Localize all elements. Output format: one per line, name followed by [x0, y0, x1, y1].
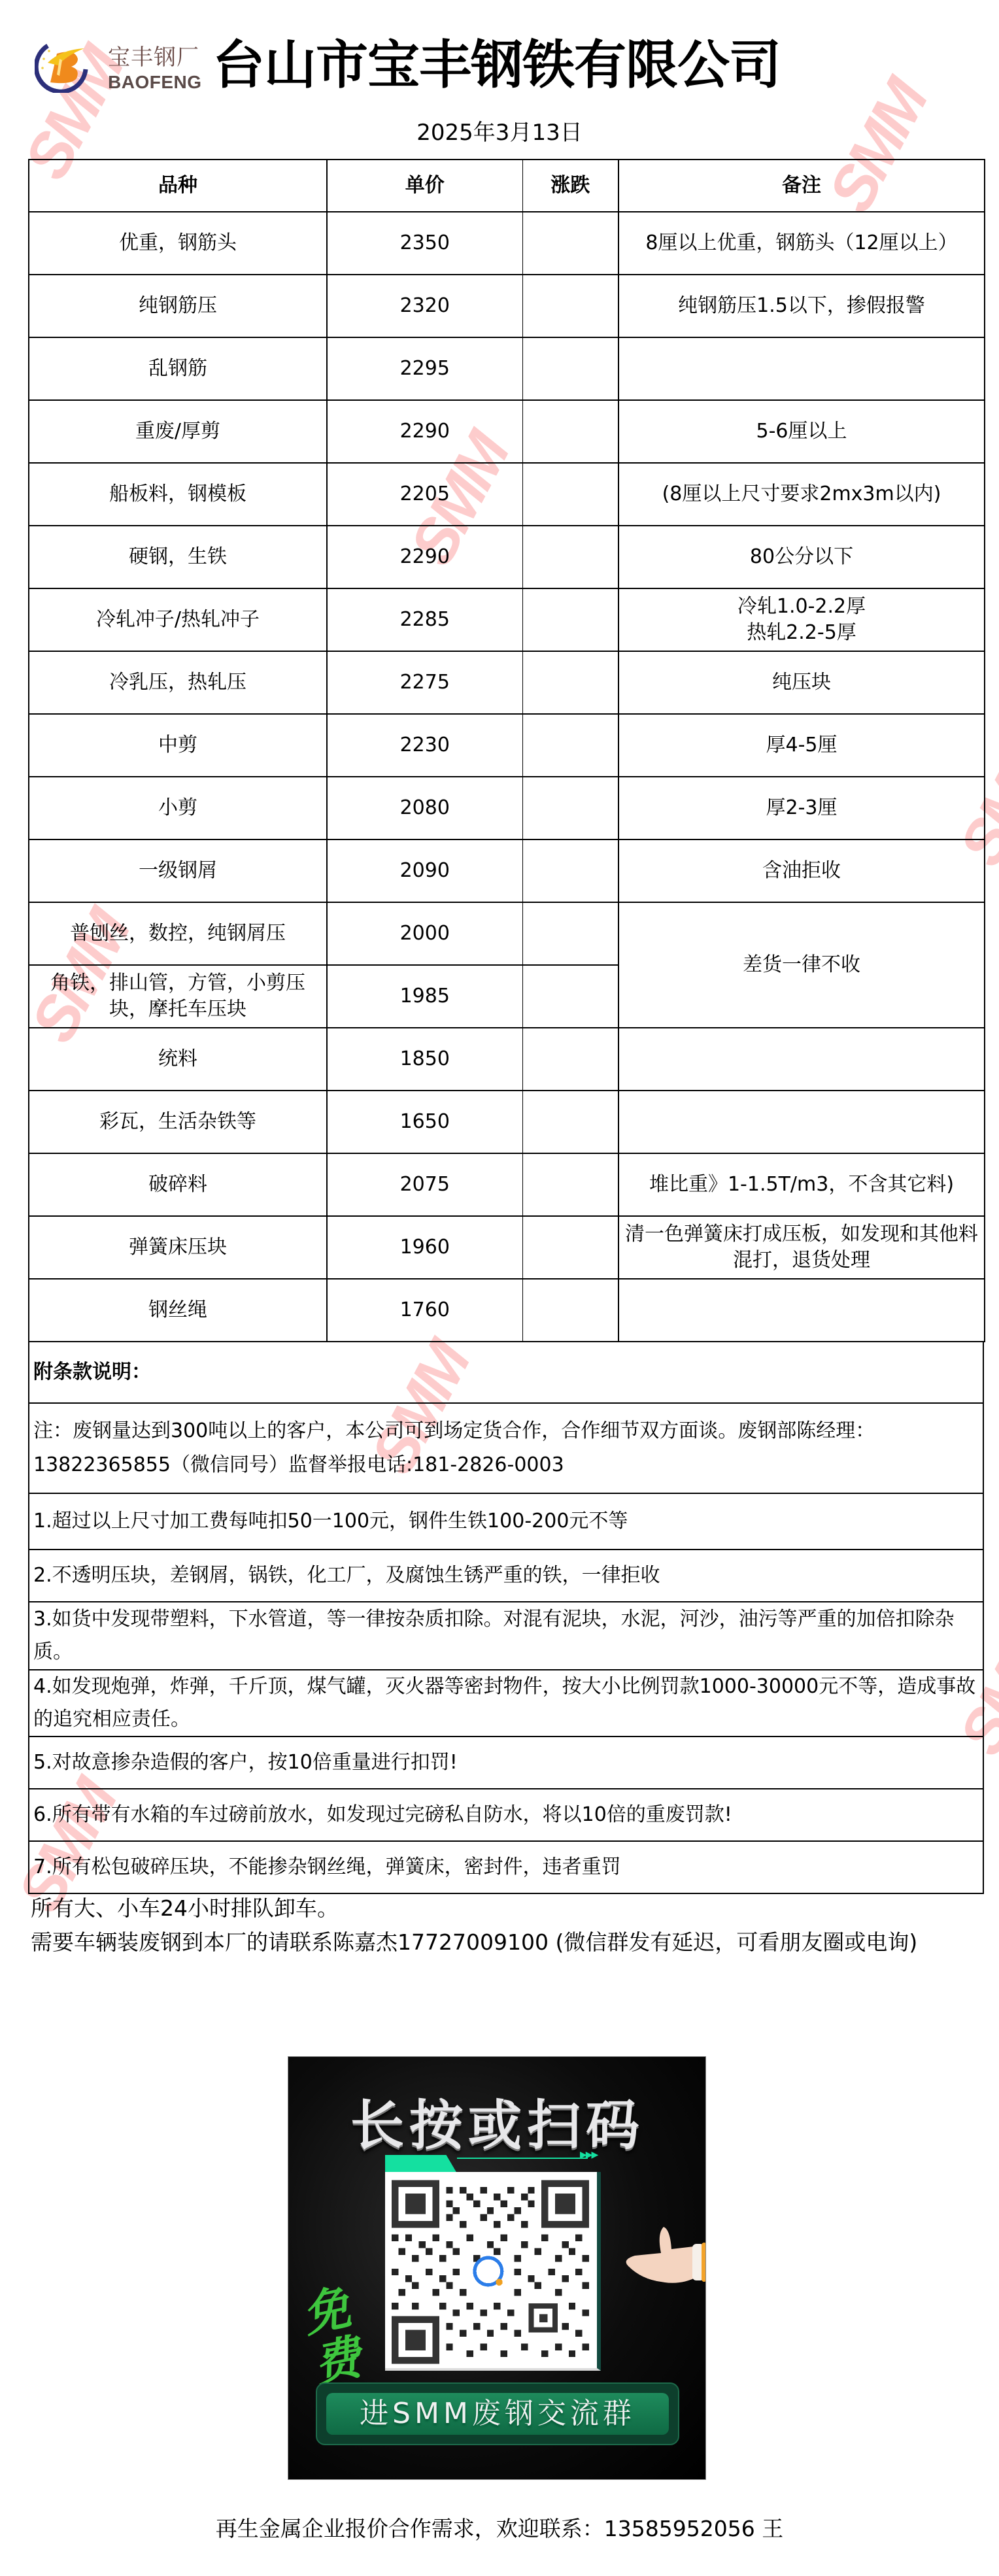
table-row: 船板料，钢模板 2205 (8厘以上尺寸要求2mx3m以内)	[29, 463, 985, 526]
vehicle-contact-notice: 需要车辆装废钢到本厂的请联系陈嘉杰17727009100 (微信群发有延迟，可看…	[31, 1925, 972, 1959]
table-row: 弹簧床压块 1960 清一色弹簧床打成压板，如发现和其他料混打，退货处理	[29, 1216, 985, 1279]
join-group-banner[interactable]: 进SMM废钢交流群	[316, 2382, 679, 2445]
price-cell: 2080	[327, 777, 522, 839]
change-cell	[522, 588, 618, 651]
remark-line: 热轧2.2-5厚	[622, 620, 981, 646]
remark-line: 冷轧1.0-2.2厚	[622, 594, 981, 620]
variety-cell: 优重，钢筋头	[29, 212, 327, 275]
remark-cell: 堆比重》1-1.5T/m3，不含其它料)	[618, 1153, 985, 1216]
notes-item: 2.不透明压块，差钢屑，锅铁，化工厂，及腐蚀生锈严重的铁，一律拒收	[29, 1550, 983, 1602]
qr-card-tab	[385, 2155, 457, 2173]
report-date: 2025年3月13日	[0, 118, 999, 148]
table-row: 优重，钢筋头 2350 8厘以上优重，钢筋头（12厘以上）	[29, 212, 985, 275]
price-cell: 1650	[327, 1091, 522, 1153]
change-cell	[522, 337, 618, 400]
price-cell: 1760	[327, 1279, 522, 1342]
variety-cell: 重废/厚剪	[29, 400, 327, 463]
variety-cell: 角铁，排山管，方管，小剪压块，摩托车压块	[29, 965, 327, 1028]
join-group-banner-label: 进SMM废钢交流群	[326, 2393, 669, 2435]
table-row: 纯钢筋压 2320 纯钢筋压1.5以下，掺假报警	[29, 275, 985, 337]
notes-item-row: 6.所有带有水箱的车过磅前放水，如发现过完磅私自防水，将以10倍的重废罚款!	[29, 1789, 983, 1841]
remark-cell: 纯钢筋压1.5以下，掺假报警	[618, 275, 985, 337]
remark-cell: 厚2-3厘	[618, 777, 985, 839]
company-title: 台山市宝丰钢铁有限公司	[212, 33, 827, 98]
column-header-change: 涨跌	[522, 160, 618, 212]
variety-cell: 普刨丝，数控，纯钢屑压	[29, 902, 327, 965]
table-row: 中剪 2230 厚4-5厘	[29, 714, 985, 777]
variety-cell: 中剪	[29, 714, 327, 777]
remark-cell	[618, 1028, 985, 1091]
change-cell	[522, 777, 618, 839]
price-cell: 1985	[327, 965, 522, 1028]
variety-cell: 冷乳压，热轧压	[29, 651, 327, 714]
variety-cell: 钢丝绳	[29, 1279, 327, 1342]
change-cell	[522, 714, 618, 777]
qr-card-tab-line	[457, 2158, 588, 2159]
remark-cell: 清一色弹簧床打成压板，如发现和其他料混打，退货处理	[618, 1216, 985, 1279]
change-cell	[522, 1153, 618, 1216]
table-row: 统料 1850	[29, 1028, 985, 1091]
notes-heading-row: 附条款说明：	[29, 1342, 983, 1403]
price-cell: 2290	[327, 400, 522, 463]
remark-cell	[618, 1279, 985, 1342]
remark-cell: 厚4-5厘	[618, 714, 985, 777]
notes-item-row: 7.所有松包破碎压块，不能掺杂钢丝绳，弹簧床，密封件，违者重罚	[29, 1841, 983, 1893]
notes-table: 附条款说明： 注：废钢量达到300吨以上的客户，本公司可到场定货合作，合作细节双…	[28, 1341, 984, 1894]
column-header-variety: 品种	[29, 160, 327, 212]
table-row: 冷乳压，热轧压 2275 纯压块	[29, 651, 985, 714]
column-header-remark: 备注	[618, 160, 985, 212]
price-cell: 1850	[327, 1028, 522, 1091]
variety-cell: 一级钢屑	[29, 839, 327, 902]
price-cell: 2275	[327, 651, 522, 714]
price-cell: 2205	[327, 463, 522, 526]
baofeng-emblem-icon	[35, 37, 91, 93]
notes-intro-row: 注：废钢量达到300吨以上的客户，本公司可到场定货合作，合作细节双方面谈。废钢部…	[29, 1403, 983, 1493]
table-row: 彩瓦，生活杂铁等 1650	[29, 1091, 985, 1153]
remark-cell-merged: 差货一律不收	[618, 902, 985, 1028]
remark-cell: 8厘以上优重，钢筋头（12厘以上）	[618, 212, 985, 275]
qr-headline: 长按或扫码	[288, 2083, 706, 2160]
change-cell	[522, 275, 618, 337]
column-header-price: 单价	[327, 160, 522, 212]
change-cell	[522, 463, 618, 526]
remark-cell: 冷轧1.0-2.2厚 热轧2.2-5厚	[618, 588, 985, 651]
remark-cell: (8厘以上尺寸要求2mx3m以内)	[618, 463, 985, 526]
triple-arrow-icon: ▶▶▶	[580, 2150, 597, 2160]
notes-item-row: 2.不透明压块，差钢屑，锅铁，化工厂，及腐蚀生锈严重的铁，一律拒收	[29, 1550, 983, 1602]
variety-cell: 硬钢，生铁	[29, 526, 327, 588]
notes-item-row: 4.如发现炮弹，炸弹，千斤顶，煤气罐，灭火器等密封物件，按大小比例罚款1000-…	[29, 1670, 983, 1737]
notes-intro: 注：废钢量达到300吨以上的客户，本公司可到场定货合作，合作细节双方面谈。废钢部…	[29, 1403, 983, 1493]
change-cell	[522, 1279, 618, 1342]
remark-cell: 5-6厘以上	[618, 400, 985, 463]
table-row: 破碎料 2075 堆比重》1-1.5T/m3，不含其它料)	[29, 1153, 985, 1216]
price-cell: 2285	[327, 588, 522, 651]
variety-cell: 纯钢筋压	[29, 275, 327, 337]
table-row: 重废/厚剪 2290 5-6厘以上	[29, 400, 985, 463]
unloading-notice: 所有大、小车24小时排队卸车。	[31, 1891, 972, 1925]
price-cell: 2350	[327, 212, 522, 275]
variety-cell: 破碎料	[29, 1153, 327, 1216]
change-cell	[522, 902, 618, 965]
qr-code-icon[interactable]	[392, 2180, 589, 2364]
company-logo: 宝丰钢厂 BAOFENG	[29, 34, 199, 99]
price-cell: 2090	[327, 839, 522, 902]
change-cell	[522, 1028, 618, 1091]
qr-code-poster[interactable]: 长按或扫码 ▶▶▶	[288, 2056, 706, 2480]
price-cell: 2320	[327, 275, 522, 337]
table-row: 普刨丝，数控，纯钢屑压 2000 差货一律不收	[29, 902, 985, 965]
price-cell: 2230	[327, 714, 522, 777]
change-cell	[522, 400, 618, 463]
free-label: 免费	[298, 2276, 390, 2390]
variety-cell: 彩瓦，生活杂铁等	[29, 1091, 327, 1153]
table-header-row: 品种 单价 涨跌 备注	[29, 160, 985, 212]
footer-notice: 所有大、小车24小时排队卸车。 需要车辆装废钢到本厂的请联系陈嘉杰1772700…	[31, 1891, 972, 1959]
table-row: 一级钢屑 2090 含油拒收	[29, 839, 985, 902]
remark-cell: 含油拒收	[618, 839, 985, 902]
change-cell	[522, 212, 618, 275]
price-cell: 1960	[327, 1216, 522, 1279]
notes-item-row: 5.对故意掺杂造假的客户，按10倍重量进行扣罚!	[29, 1737, 983, 1789]
change-cell	[522, 1216, 618, 1279]
notes-item: 7.所有松包破碎压块，不能掺杂钢丝绳，弹簧床，密封件，违者重罚	[29, 1841, 983, 1893]
price-cell: 2000	[327, 902, 522, 965]
variety-cell: 统料	[29, 1028, 327, 1091]
variety-cell: 船板料，钢模板	[29, 463, 327, 526]
variety-cell: 乱钢筋	[29, 337, 327, 400]
table-row: 钢丝绳 1760	[29, 1279, 985, 1342]
change-cell	[522, 651, 618, 714]
notes-item: 1.超过以上尺寸加工费每吨扣50一100元，钢件生铁100-200元不等	[29, 1493, 983, 1550]
table-row: 乱钢筋 2295	[29, 337, 985, 400]
logo-english-name: BAOFENG	[108, 72, 202, 93]
table-row: 硬钢，生铁 2290 80公分以下	[29, 526, 985, 588]
table-row: 小剪 2080 厚2-3厘	[29, 777, 985, 839]
remark-cell	[618, 1091, 985, 1153]
change-cell	[522, 1091, 618, 1153]
table-row: 冷轧冲子/热轧冲子 2285 冷轧1.0-2.2厚 热轧2.2-5厚	[29, 588, 985, 651]
notes-item: 5.对故意掺杂造假的客户，按10倍重量进行扣罚!	[29, 1737, 983, 1789]
pointing-hand-icon	[615, 2214, 706, 2299]
notes-item: 3.如货中发现带塑料，下水管道，等一律按杂质扣除。对混有泥块，水泥，河沙，油污等…	[29, 1602, 983, 1670]
logo-chinese-name: 宝丰钢厂	[108, 39, 199, 71]
remark-cell: 纯压块	[618, 651, 985, 714]
variety-cell: 弹簧床压块	[29, 1216, 327, 1279]
bottom-contact: 再生金属企业报价合作需求，欢迎联系：13585952056 王	[0, 2515, 999, 2543]
price-cell: 2075	[327, 1153, 522, 1216]
notes-item: 6.所有带有水箱的车过磅前放水，如发现过完磅私自防水，将以10倍的重废罚款!	[29, 1789, 983, 1841]
price-cell: 2290	[327, 526, 522, 588]
remark-cell	[618, 337, 985, 400]
notes-item-row: 3.如货中发现带塑料，下水管道，等一律按杂质扣除。对混有泥块，水泥，河沙，油污等…	[29, 1602, 983, 1670]
notes-item-row: 1.超过以上尺寸加工费每吨扣50一100元，钢件生铁100-200元不等	[29, 1493, 983, 1550]
remark-cell: 80公分以下	[618, 526, 985, 588]
notes-item: 4.如发现炮弹，炸弹，千斤顶，煤气罐，灭火器等密封物件，按大小比例罚款1000-…	[29, 1670, 983, 1737]
change-cell	[522, 839, 618, 902]
variety-cell: 小剪	[29, 777, 327, 839]
change-cell	[522, 526, 618, 588]
qr-card	[385, 2172, 601, 2371]
variety-cell: 冷轧冲子/热轧冲子	[29, 588, 327, 651]
notes-heading: 附条款说明：	[29, 1342, 983, 1403]
change-cell	[522, 965, 618, 1028]
price-cell: 2295	[327, 337, 522, 400]
price-table: 品种 单价 涨跌 备注 优重，钢筋头 2350 8厘以上优重，钢筋头（12厘以上…	[28, 159, 985, 1342]
